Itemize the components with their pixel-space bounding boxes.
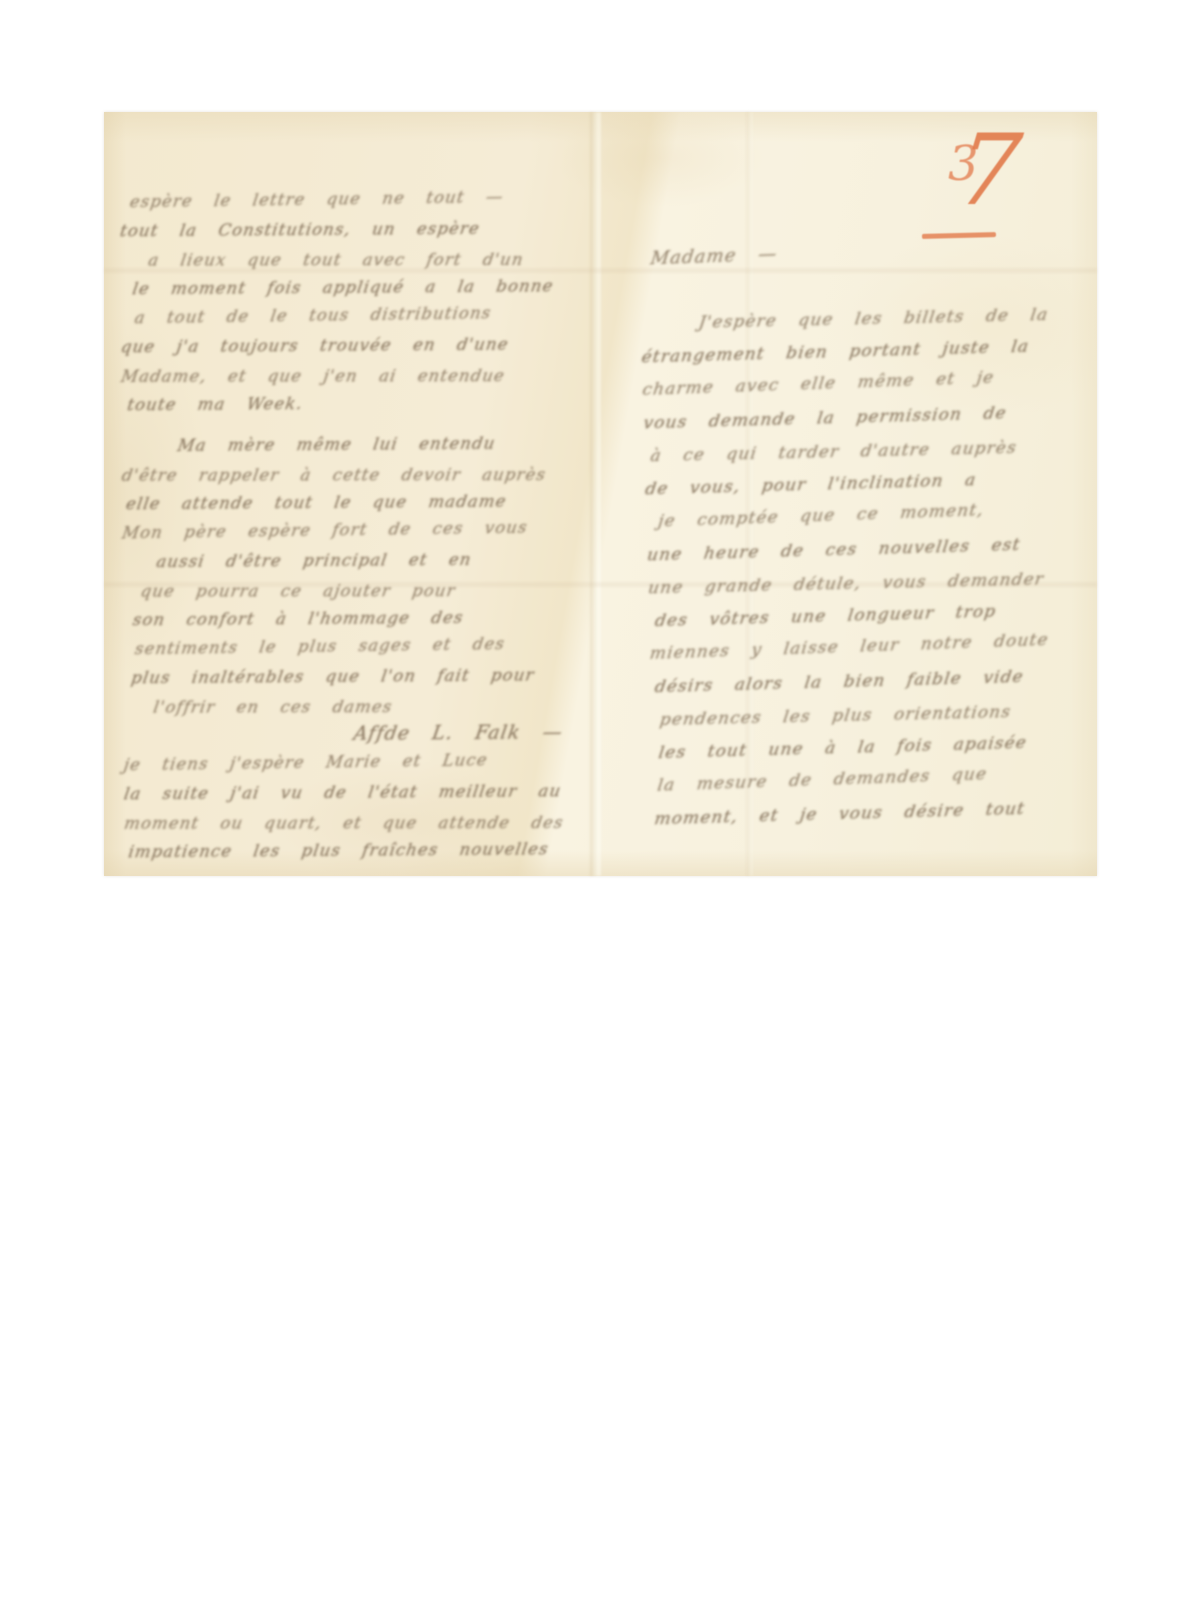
letter-scan: 3 7 espère le lettre que ne tout —tout l… [0, 0, 1199, 1597]
handwriting-line: impatience les plus fraîches nouvelles [126, 834, 596, 866]
handwriting-line: tout la Constitutions, un espère [118, 213, 592, 245]
handwriting-line: a lieux que tout avec fort d'un [146, 245, 592, 275]
handwriting-line: Ma mère même lui entendu [176, 428, 594, 460]
letter-sheet: 3 7 espère le lettre que ne tout —tout l… [104, 112, 1097, 876]
handwriting-line: espère le lettre que ne tout — [128, 181, 593, 216]
handwriting-line: je tiens j'espère Marie et Luce [122, 744, 597, 780]
handwriting-line: sentiments le plus sages et des [133, 628, 596, 663]
handwriting-line: l'offrir en ces dames [151, 692, 595, 722]
handwriting-line: que j'a toujours trouvée en d'une [119, 329, 593, 361]
handwriting-line: Madame, et que j'en ai entendue [119, 361, 593, 391]
stamp-digit-7: 7 [953, 122, 1026, 220]
handwriting-line: la suite j'ai vu de l'état meilleur au [122, 776, 596, 808]
handwriting-line: moment ou quart, et que attende des [122, 808, 596, 838]
right-page-handwriting: Madame —J'espère que les billets de laét… [636, 230, 1098, 836]
left-page-handwriting: espère le lettre que ne tout —tout la Co… [118, 184, 593, 866]
handwriting-line: a tout de le tous distributions [133, 297, 594, 332]
handwriting-line: d'être rappeler à cette devoir auprès [120, 460, 594, 490]
handwriting-line: plus inaltérables que l'on fait pour [129, 660, 595, 692]
handwriting-line: que pourra ce ajouter pour [139, 576, 595, 606]
stamp-digit-3: 3 [948, 140, 979, 188]
handwriting-line: aussi d'être principal et en [154, 544, 594, 576]
handwriting-line: Mon père espère fort de ces vous [120, 512, 595, 548]
